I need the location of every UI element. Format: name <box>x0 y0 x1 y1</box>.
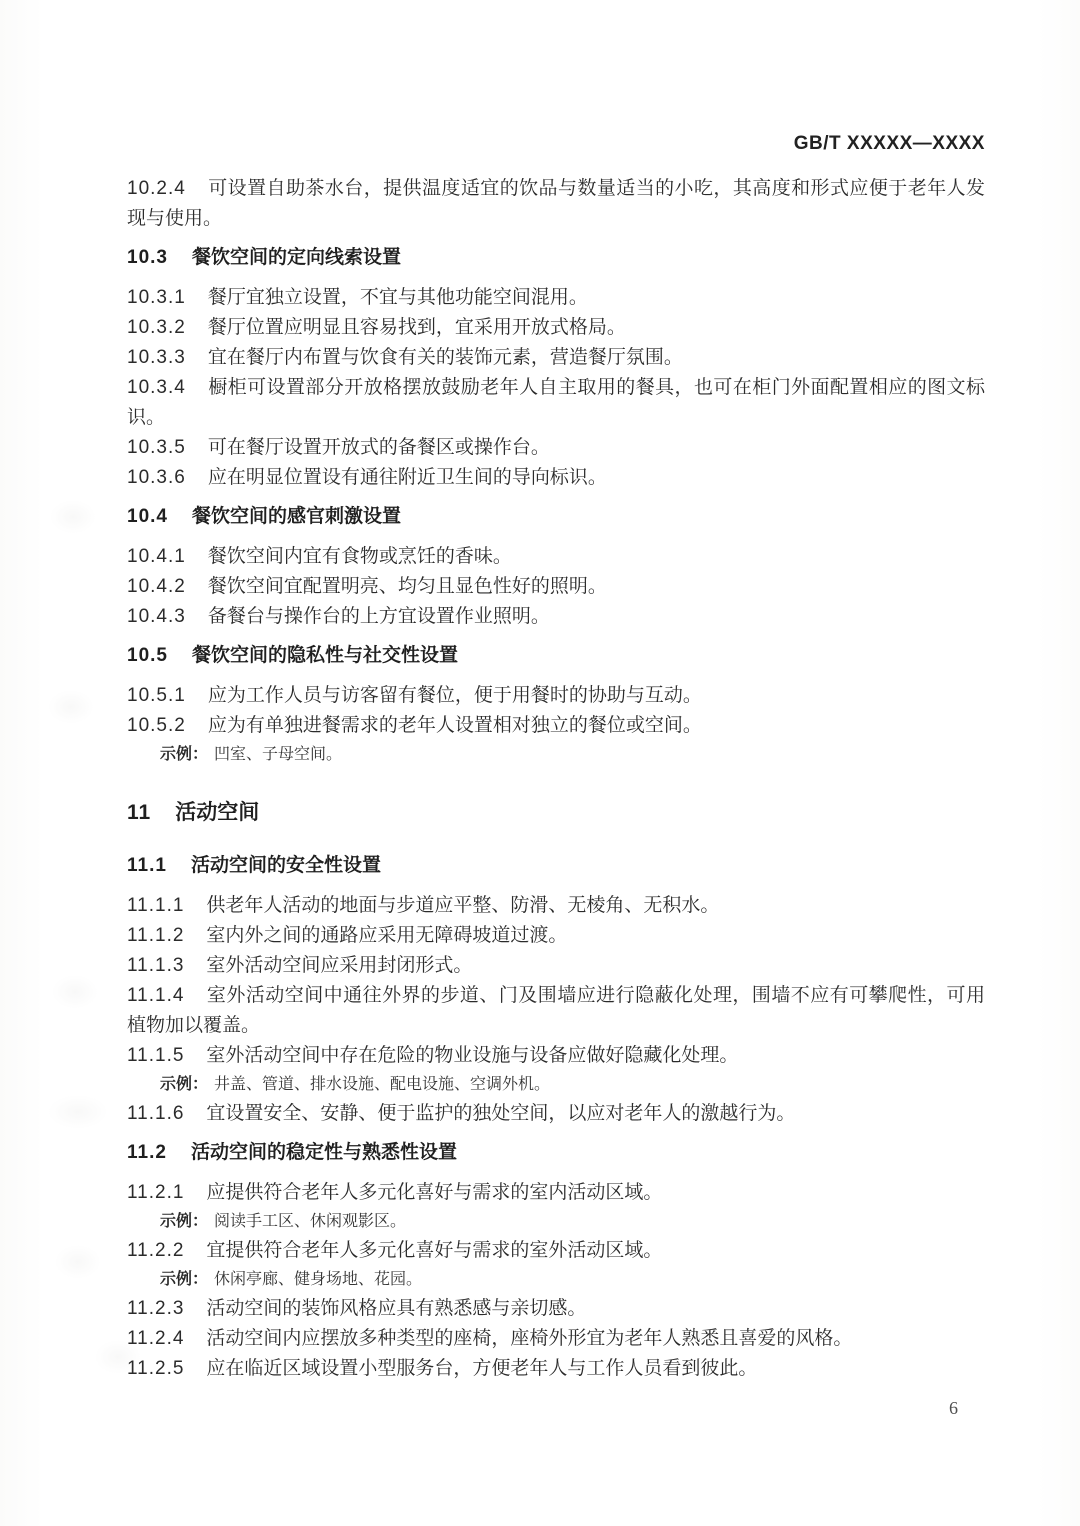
clause-number: 11.2.5 <box>127 1358 184 1379</box>
heading-number: 10.3 <box>127 247 168 268</box>
clause-paragraph: 11.2.3活动空间的装饰风格应具有熟悉感与亲切感。 <box>127 1294 985 1324</box>
example-text: 井盖、管道、排水设施、配电设施、空调外机。 <box>214 1076 550 1093</box>
clause-text: 可设置自助茶水台，提供温度适宜的饮品与数量适当的小吃，其高度和形式应便于老年人发… <box>127 178 985 229</box>
document-page: GB/T XXXXX—XXXX 10.2.4可设置自助茶水台，提供温度适宜的饮品… <box>0 0 1080 1526</box>
clause-number: 11.1.6 <box>127 1103 184 1124</box>
clause-number: 11.1.2 <box>127 925 184 946</box>
clause-text: 应在明显位置设有通往附近卫生间的导向标识。 <box>208 467 607 488</box>
clause-text: 餐饮空间宜配置明亮、均匀且显色性好的照明。 <box>208 576 607 597</box>
example-label: 示例： <box>160 746 208 763</box>
clause-paragraph: 10.3.2餐厅位置应明显且容易找到，宜采用开放式格局。 <box>127 313 985 343</box>
example-line: 示例：阅读手工区、休闲观影区。 <box>160 1208 985 1236</box>
heading-title: 活动空间的安全性设置 <box>191 855 381 876</box>
clause-number: 10.5.1 <box>127 685 186 706</box>
example-line: 示例：休闲亭廊、健身场地、花园。 <box>160 1266 985 1294</box>
clause-text: 供老年人活动的地面与步道应平整、防滑、无棱角、无积水。 <box>206 895 719 916</box>
section-heading: 10.3餐饮空间的定向线索设置 <box>127 243 985 273</box>
section-heading: 10.5餐饮空间的隐私性与社交性设置 <box>127 641 985 671</box>
clause-paragraph: 10.3.1餐厅宜独立设置，不宜与其他功能空间混用。 <box>127 283 985 313</box>
heading-number: 11 <box>127 801 151 824</box>
clause-paragraph: 11.2.4活动空间内应摆放多种类型的座椅，座椅外形宜为老年人熟悉且喜爱的风格。 <box>127 1324 985 1354</box>
clause-paragraph: 11.1.2室内外之间的通路应采用无障碍坡道过渡。 <box>127 921 985 951</box>
heading-title: 餐饮空间的隐私性与社交性设置 <box>192 645 458 666</box>
clause-number: 10.4.3 <box>127 606 186 627</box>
scan-smudge <box>48 1095 108 1129</box>
clause-text: 应提供符合老年人多元化喜好与需求的室内活动区域。 <box>206 1182 662 1203</box>
clause-text: 备餐台与操作台的上方宜设置作业照明。 <box>208 606 550 627</box>
page-number: 6 <box>949 1398 958 1419</box>
scan-smudge <box>55 1245 101 1279</box>
standard-code-header: GB/T XXXXX—XXXX <box>794 133 985 155</box>
clause-number: 11.1.4 <box>127 985 184 1006</box>
clause-number: 11.2.1 <box>127 1182 184 1203</box>
clause-number: 10.3.2 <box>127 317 186 338</box>
section-heading: 11.1活动空间的安全性设置 <box>127 851 985 881</box>
clause-text: 宜设置安全、安静、便于监护的独处空间，以应对老年人的激越行为。 <box>206 1103 795 1124</box>
clause-text: 宜在餐厅内布置与饮食有关的装饰元素，营造餐厅氛围。 <box>208 347 683 368</box>
clause-number: 11.1.3 <box>127 955 184 976</box>
scan-smudge <box>52 975 98 1009</box>
scan-smudge <box>50 500 96 534</box>
clause-number: 11.2.4 <box>127 1328 184 1349</box>
clause-text: 餐饮空间内宜有食物或烹饪的香味。 <box>208 546 512 567</box>
heading-number: 11.1 <box>127 855 167 876</box>
example-text: 阅读手工区、休闲观影区。 <box>214 1213 406 1230</box>
clause-paragraph: 11.1.5室外活动空间中存在危险的物业设施与设备应做好隐藏化处理。 <box>127 1041 985 1071</box>
clause-text: 餐厅位置应明显且容易找到，宜采用开放式格局。 <box>208 317 626 338</box>
heading-title: 活动空间 <box>175 801 259 824</box>
clause-paragraph: 11.1.1供老年人活动的地面与步道应平整、防滑、无棱角、无积水。 <box>127 891 985 921</box>
clause-text: 应为工作人员与访客留有餐位，便于用餐时的协助与互动。 <box>208 685 702 706</box>
clause-paragraph: 11.2.2宜提供符合老年人多元化喜好与需求的室外活动区域。 <box>127 1236 985 1266</box>
clause-text: 宜提供符合老年人多元化喜好与需求的室外活动区域。 <box>206 1240 662 1261</box>
heading-number: 11.2 <box>127 1142 167 1163</box>
clause-number: 10.3.5 <box>127 437 186 458</box>
clause-number: 10.3.4 <box>127 377 186 398</box>
example-text: 休闲亭廊、健身场地、花园。 <box>214 1271 422 1288</box>
heading-title: 餐饮空间的感官刺激设置 <box>192 506 401 527</box>
clause-text: 应为有单独进餐需求的老年人设置相对独立的餐位或空间。 <box>208 715 702 736</box>
clause-text: 活动空间的装饰风格应具有熟悉感与亲切感。 <box>206 1298 586 1319</box>
clause-text: 室外活动空间应采用封闭形式。 <box>206 955 472 976</box>
clause-paragraph: 11.1.6宜设置安全、安静、便于监护的独处空间，以应对老年人的激越行为。 <box>127 1099 985 1129</box>
clause-text: 可在餐厅设置开放式的备餐区或操作台。 <box>208 437 550 458</box>
clause-number: 10.4.2 <box>127 576 186 597</box>
clause-number: 10.5.2 <box>127 715 186 736</box>
heading-number: 10.5 <box>127 645 168 666</box>
heading-title: 餐饮空间的定向线索设置 <box>192 247 401 268</box>
heading-number: 10.4 <box>127 506 168 527</box>
clause-text: 应在临近区域设置小型服务台，方便老年人与工作人员看到彼此。 <box>206 1358 757 1379</box>
example-text: 凹室、子母空间。 <box>214 746 342 763</box>
clause-paragraph: 11.1.3室外活动空间应采用封闭形式。 <box>127 951 985 981</box>
clause-text: 室外活动空间中存在危险的物业设施与设备应做好隐藏化处理。 <box>206 1045 738 1066</box>
example-label: 示例： <box>160 1213 208 1230</box>
clause-number: 11.2.2 <box>127 1240 184 1261</box>
clause-text: 餐厅宜独立设置，不宜与其他功能空间混用。 <box>208 287 588 308</box>
clause-number: 10.3.3 <box>127 347 186 368</box>
clause-number: 10.4.1 <box>127 546 186 567</box>
scan-smudge <box>48 690 94 724</box>
section-heading: 11.2活动空间的稳定性与熟悉性设置 <box>127 1138 985 1168</box>
clause-paragraph: 10.3.6应在明显位置设有通往附近卫生间的导向标识。 <box>127 463 985 493</box>
clause-number: 11.1.5 <box>127 1045 184 1066</box>
clause-paragraph: 10.3.5可在餐厅设置开放式的备餐区或操作台。 <box>127 433 985 463</box>
clause-number: 10.2.4 <box>127 178 186 199</box>
example-line: 示例：井盖、管道、排水设施、配电设施、空调外机。 <box>160 1071 985 1099</box>
clause-paragraph: 11.1.4室外活动空间中通往外界的步道、门及围墙应进行隐蔽化处理，围墙不应有可… <box>127 981 985 1041</box>
clause-text: 室内外之间的通路应采用无障碍坡道过渡。 <box>206 925 567 946</box>
clause-number: 11.2.3 <box>127 1298 184 1319</box>
clause-paragraph: 10.2.4可设置自助茶水台，提供温度适宜的饮品与数量适当的小吃，其高度和形式应… <box>127 174 985 234</box>
example-label: 示例： <box>160 1076 208 1093</box>
chapter-heading: 11活动空间 <box>127 797 985 829</box>
example-label: 示例： <box>160 1271 208 1288</box>
example-line: 示例：凹室、子母空间。 <box>160 741 985 769</box>
clause-number: 10.3.6 <box>127 467 186 488</box>
clause-number: 10.3.1 <box>127 287 186 308</box>
clause-paragraph: 10.5.1应为工作人员与访客留有餐位，便于用餐时的协助与互动。 <box>127 681 985 711</box>
clause-text: 橱柜可设置部分开放格摆放鼓励老年人自主取用的餐具，也可在柜门外面配置相应的图文标… <box>127 377 985 428</box>
clause-paragraph: 10.4.3备餐台与操作台的上方宜设置作业照明。 <box>127 602 985 632</box>
clause-paragraph: 11.2.5应在临近区域设置小型服务台，方便老年人与工作人员看到彼此。 <box>127 1354 985 1384</box>
clause-number: 11.1.1 <box>127 895 184 916</box>
clause-text: 活动空间内应摆放多种类型的座椅，座椅外形宜为老年人熟悉且喜爱的风格。 <box>206 1328 852 1349</box>
clause-paragraph: 10.4.2餐饮空间宜配置明亮、均匀且显色性好的照明。 <box>127 572 985 602</box>
heading-title: 活动空间的稳定性与熟悉性设置 <box>191 1142 457 1163</box>
clause-paragraph: 10.4.1餐饮空间内宜有食物或烹饪的香味。 <box>127 542 985 572</box>
section-heading: 10.4餐饮空间的感官刺激设置 <box>127 502 985 532</box>
document-body: 10.2.4可设置自助茶水台，提供温度适宜的饮品与数量适当的小吃，其高度和形式应… <box>127 174 985 1384</box>
clause-paragraph: 11.2.1应提供符合老年人多元化喜好与需求的室内活动区域。 <box>127 1178 985 1208</box>
clause-paragraph: 10.3.3宜在餐厅内布置与饮食有关的装饰元素，营造餐厅氛围。 <box>127 343 985 373</box>
clause-paragraph: 10.3.4橱柜可设置部分开放格摆放鼓励老年人自主取用的餐具，也可在柜门外面配置… <box>127 373 985 433</box>
clause-text: 室外活动空间中通往外界的步道、门及围墙应进行隐蔽化处理，围墙不应有可攀爬性，可用… <box>127 985 985 1036</box>
clause-paragraph: 10.5.2应为有单独进餐需求的老年人设置相对独立的餐位或空间。 <box>127 711 985 741</box>
